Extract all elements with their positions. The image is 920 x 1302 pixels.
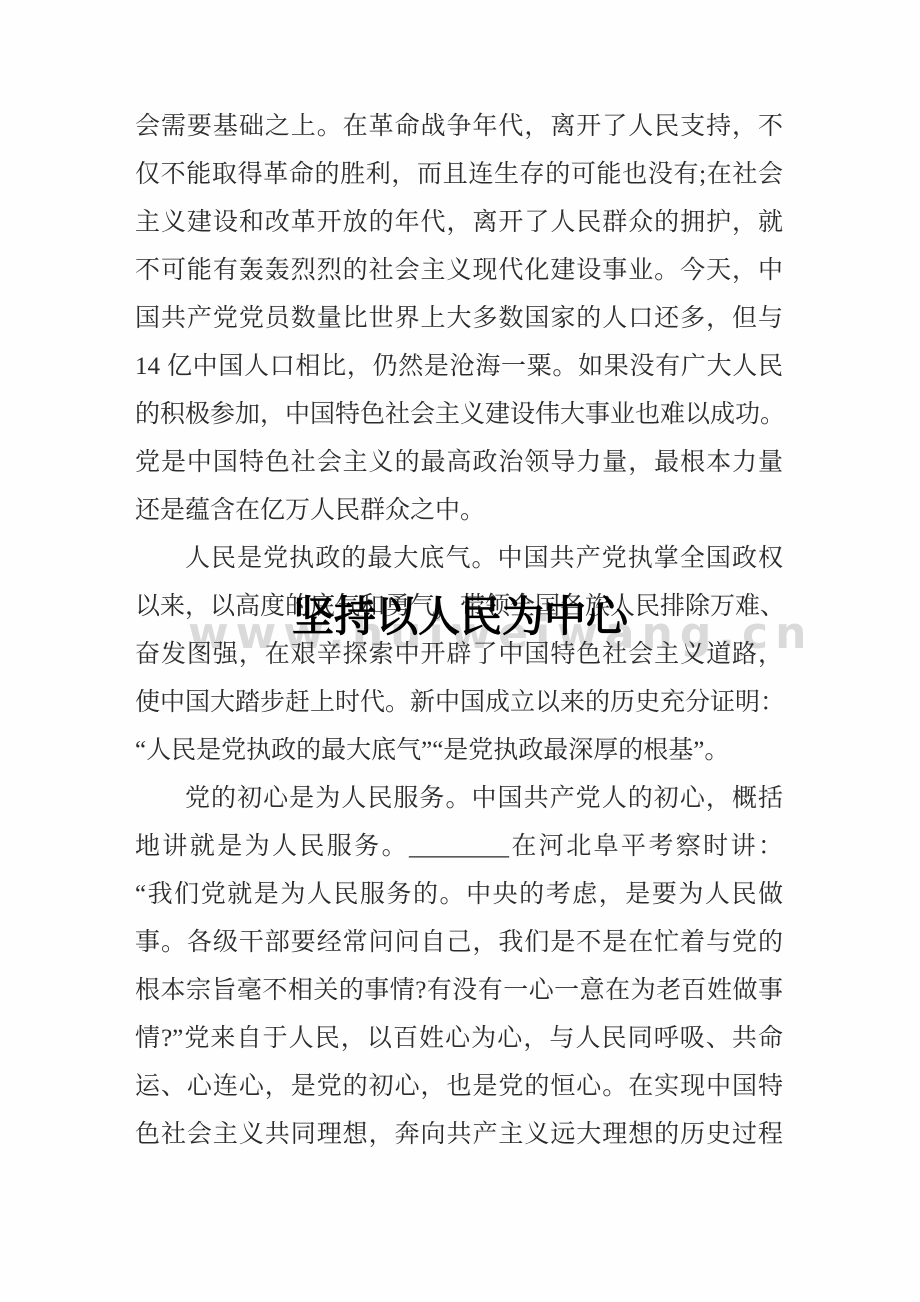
text-line: 运、心连心，是党的初心，也是党的恒心。在实现中国特 (135, 1063, 783, 1111)
text-line: 14 亿中国人口相比，仍然是沧海一粟。如果没有广大人民 (135, 343, 783, 391)
text-line: 根本宗旨毫不相关的事情?有没有一心一意在为老百姓做事 (135, 967, 783, 1015)
text-line: 使中国大踏步赶上时代。新中国成立以来的历史充分证明： (135, 679, 783, 727)
text-line: 不可能有轰轰烈烈的社会主义现代化建设事业。今天，中 (135, 247, 783, 295)
text-line: 人民是党执政的最大底气。中国共产党执掌全国政权 (135, 535, 783, 583)
document-page: www.huiweiwang.cn 会需要基础之上。在革命战争年代，离开了人民支… (0, 0, 920, 1302)
text-line: 党是中国特色社会主义的最高政治领导力量，最根本力量 (135, 439, 783, 487)
text-line: 的积极参加，中国特色社会主义建设伟大事业也难以成功。 (135, 391, 783, 439)
text-line: 还是蕴含在亿万人民群众之中。 (135, 487, 783, 535)
text-line: 仅不能取得革命的胜利，而且连生存的可能也没有;在社会 (135, 151, 783, 199)
document-heading: 坚持以人民为中心 (0, 584, 920, 644)
text-line: 国共产党党员数量比世界上大多数国家的人口还多，但与 (135, 295, 783, 343)
text-line: “我们党就是为人民服务的。中央的考虑，是要为人民做 (135, 871, 783, 919)
text-line: “人民是党执政的最大底气”“是党执政最深厚的根基”。 (135, 727, 783, 775)
text-line: 会需要基础之上。在革命战争年代，离开了人民支持，不 (135, 103, 783, 151)
text-line: 主义建设和改革开放的年代，离开了人民群众的拥护，就 (135, 199, 783, 247)
text-line: 地讲就是为人民服务。________在河北阜平考察时讲： (135, 823, 783, 871)
text-line: 情?”党来自于人民，以百姓心为心，与人民同呼吸、共命 (135, 1015, 783, 1063)
text-line: 事。各级干部要经常问问自己，我们是不是在忙着与党的 (135, 919, 783, 967)
text-line: 色社会主义共同理想，奔向共产主义远大理想的历史过程 (135, 1111, 783, 1159)
text-line: 党的初心是为人民服务。中国共产党人的初心，概括 (135, 775, 783, 823)
